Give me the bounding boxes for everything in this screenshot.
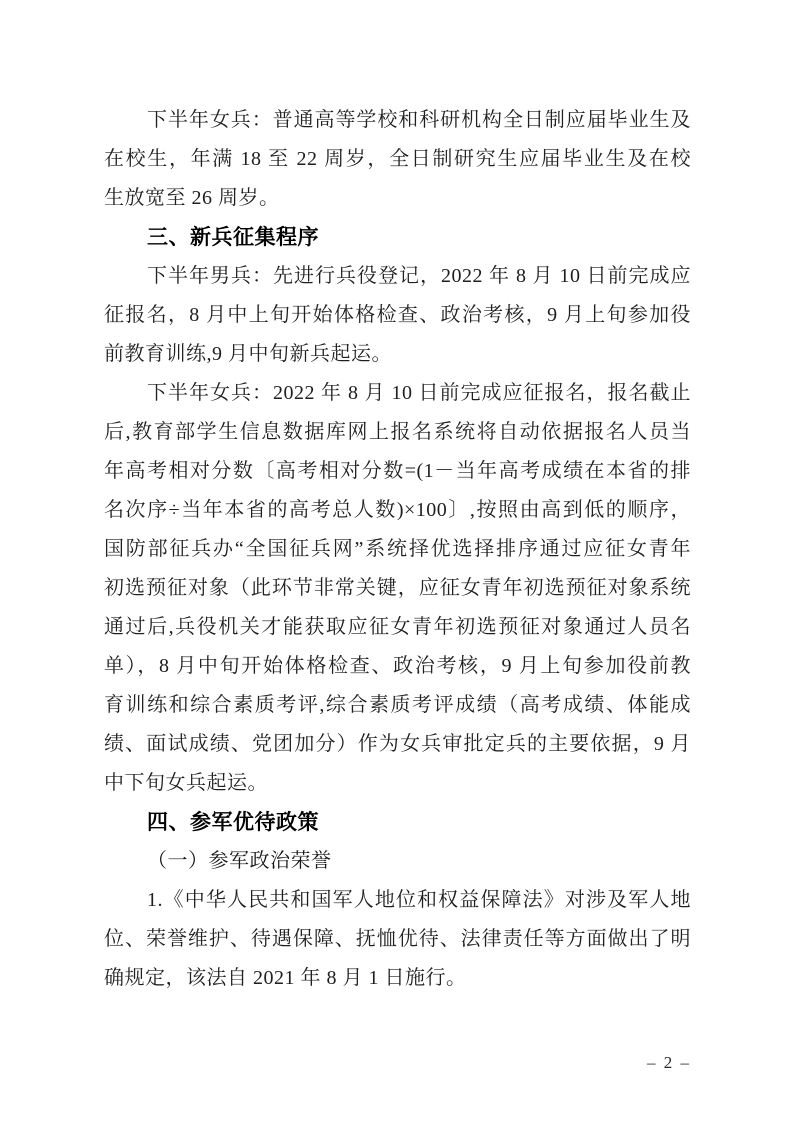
text-line: 生放宽至 26 周岁。 [104, 179, 691, 218]
text-line: 单），8 月中旬开始体格检查、政治考核，9 月上旬参加役前教 [104, 647, 691, 686]
text-line: 中下旬女兵起运。 [104, 764, 691, 803]
text-line: 后,教育部学生信息数据库网上报名系统将自动依据报名人员当 [104, 413, 691, 452]
text-line: 国防部征兵办“全国征兵网”系统择优选择排序通过应征女青年 [104, 530, 691, 569]
text-line: 育训练和综合素质考评,综合素质考评成绩（高考成绩、体能成 [104, 686, 691, 725]
page-number: – 2 – [642, 1048, 696, 1078]
sub-heading: （一）参军政治荣誉 [104, 842, 691, 881]
text-line: 前教育训练,9 月中旬新兵起运。 [104, 335, 691, 374]
text-line: 名次序÷当年本省的高考总人数)×100〕,按照由高到低的顺序， [104, 491, 691, 530]
document-page: 下半年女兵：普通高等学校和科研机构全日制应届毕业生及在校生，年满 18 至 22… [0, 0, 793, 1122]
text-line: 年高考相对分数〔高考相对分数=(1－当年高考成绩在本省的排 [104, 452, 691, 491]
section-heading: 三、新兵征集程序 [104, 218, 691, 257]
text-line: 位、荣誉维护、待遇保障、抚恤优待、法律责任等方面做出了明 [104, 920, 691, 959]
text-line: 征报名，8 月中上旬开始体格检查、政治考核，9 月上旬参加役 [104, 296, 691, 335]
text-line: 下半年女兵：2022 年 8 月 10 日前完成应征报名，报名截止 [104, 374, 691, 413]
text-line: 1.《中华人民共和国军人地位和权益保障法》对涉及军人地 [104, 881, 691, 920]
document-body: 下半年女兵：普通高等学校和科研机构全日制应届毕业生及在校生，年满 18 至 22… [104, 101, 691, 998]
text-line: 下半年女兵：普通高等学校和科研机构全日制应届毕业生及 [104, 101, 691, 140]
text-line: 在校生，年满 18 至 22 周岁，全日制研究生应届毕业生及在校 [104, 140, 691, 179]
text-line: 下半年男兵：先进行兵役登记，2022 年 8 月 10 日前完成应 [104, 257, 691, 296]
text-line: 确规定，该法自 2021 年 8 月 1 日施行。 [104, 959, 691, 998]
section-heading: 四、参军优待政策 [104, 803, 691, 842]
text-line: 通过后,兵役机关才能获取应征女青年初选预征对象通过人员名 [104, 608, 691, 647]
text-line: 绩、面试成绩、党团加分）作为女兵审批定兵的主要依据，9 月 [104, 725, 691, 764]
text-line: 初选预征对象（此环节非常关键，应征女青年初选预征对象系统 [104, 569, 691, 608]
